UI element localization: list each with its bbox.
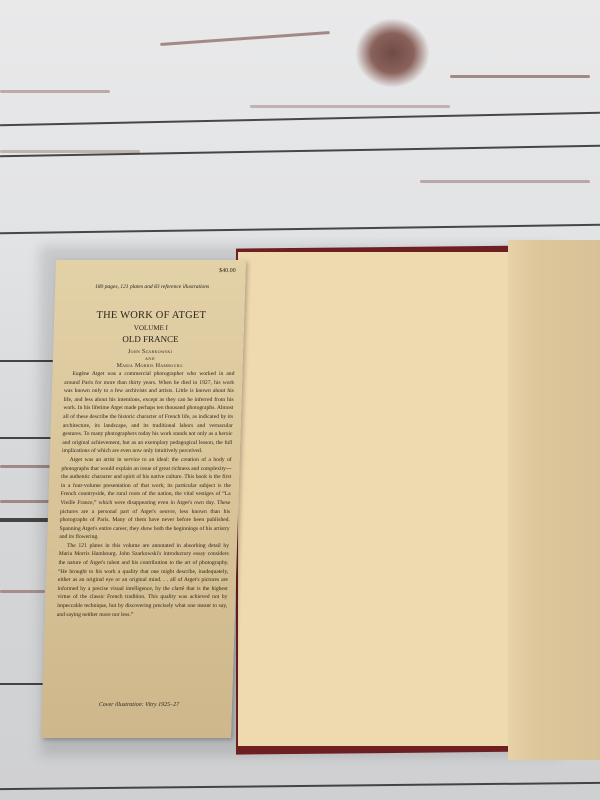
cover-illustration-caption: Cover illustration: Vitry 1925–27 bbox=[54, 702, 224, 708]
dust-jacket-flap: $40.00 180 pages, 121 plates and 83 refe… bbox=[41, 260, 246, 738]
wood-grain bbox=[0, 590, 45, 593]
wood-grain bbox=[0, 150, 140, 153]
author-1: John Szarkowski bbox=[65, 349, 235, 355]
wood-grain bbox=[0, 90, 110, 93]
front-endpaper bbox=[238, 252, 514, 746]
wood-grain bbox=[160, 31, 330, 46]
wood-knot bbox=[355, 18, 430, 88]
book-subtitle: OLD FRANCE bbox=[65, 334, 235, 344]
plank-seam bbox=[0, 224, 600, 234]
description-paragraph: Atget was an artist in service to an ide… bbox=[59, 456, 232, 542]
wood-grain bbox=[450, 75, 590, 78]
plank-seam bbox=[0, 112, 600, 127]
author-2: Maria Morris Hambourg bbox=[65, 363, 235, 369]
wood-grain bbox=[250, 105, 450, 108]
plank-seam bbox=[0, 782, 600, 790]
wood-grain bbox=[420, 180, 590, 183]
description-paragraph: The 121 plates in this volume are annota… bbox=[57, 542, 229, 619]
price-label: $40.00 bbox=[219, 268, 236, 274]
book-title: THE WORK OF ATGET bbox=[66, 310, 236, 321]
pages-note: 180 pages, 121 plates and 83 reference i… bbox=[67, 284, 237, 290]
flap-description: Eugène Atget was a commercial photograph… bbox=[57, 370, 235, 619]
volume-label: VOLUME I bbox=[66, 324, 236, 332]
description-paragraph: Eugène Atget was a commercial photograph… bbox=[62, 370, 235, 456]
facing-endpaper bbox=[508, 240, 600, 760]
author-conjunction: and bbox=[65, 356, 235, 362]
